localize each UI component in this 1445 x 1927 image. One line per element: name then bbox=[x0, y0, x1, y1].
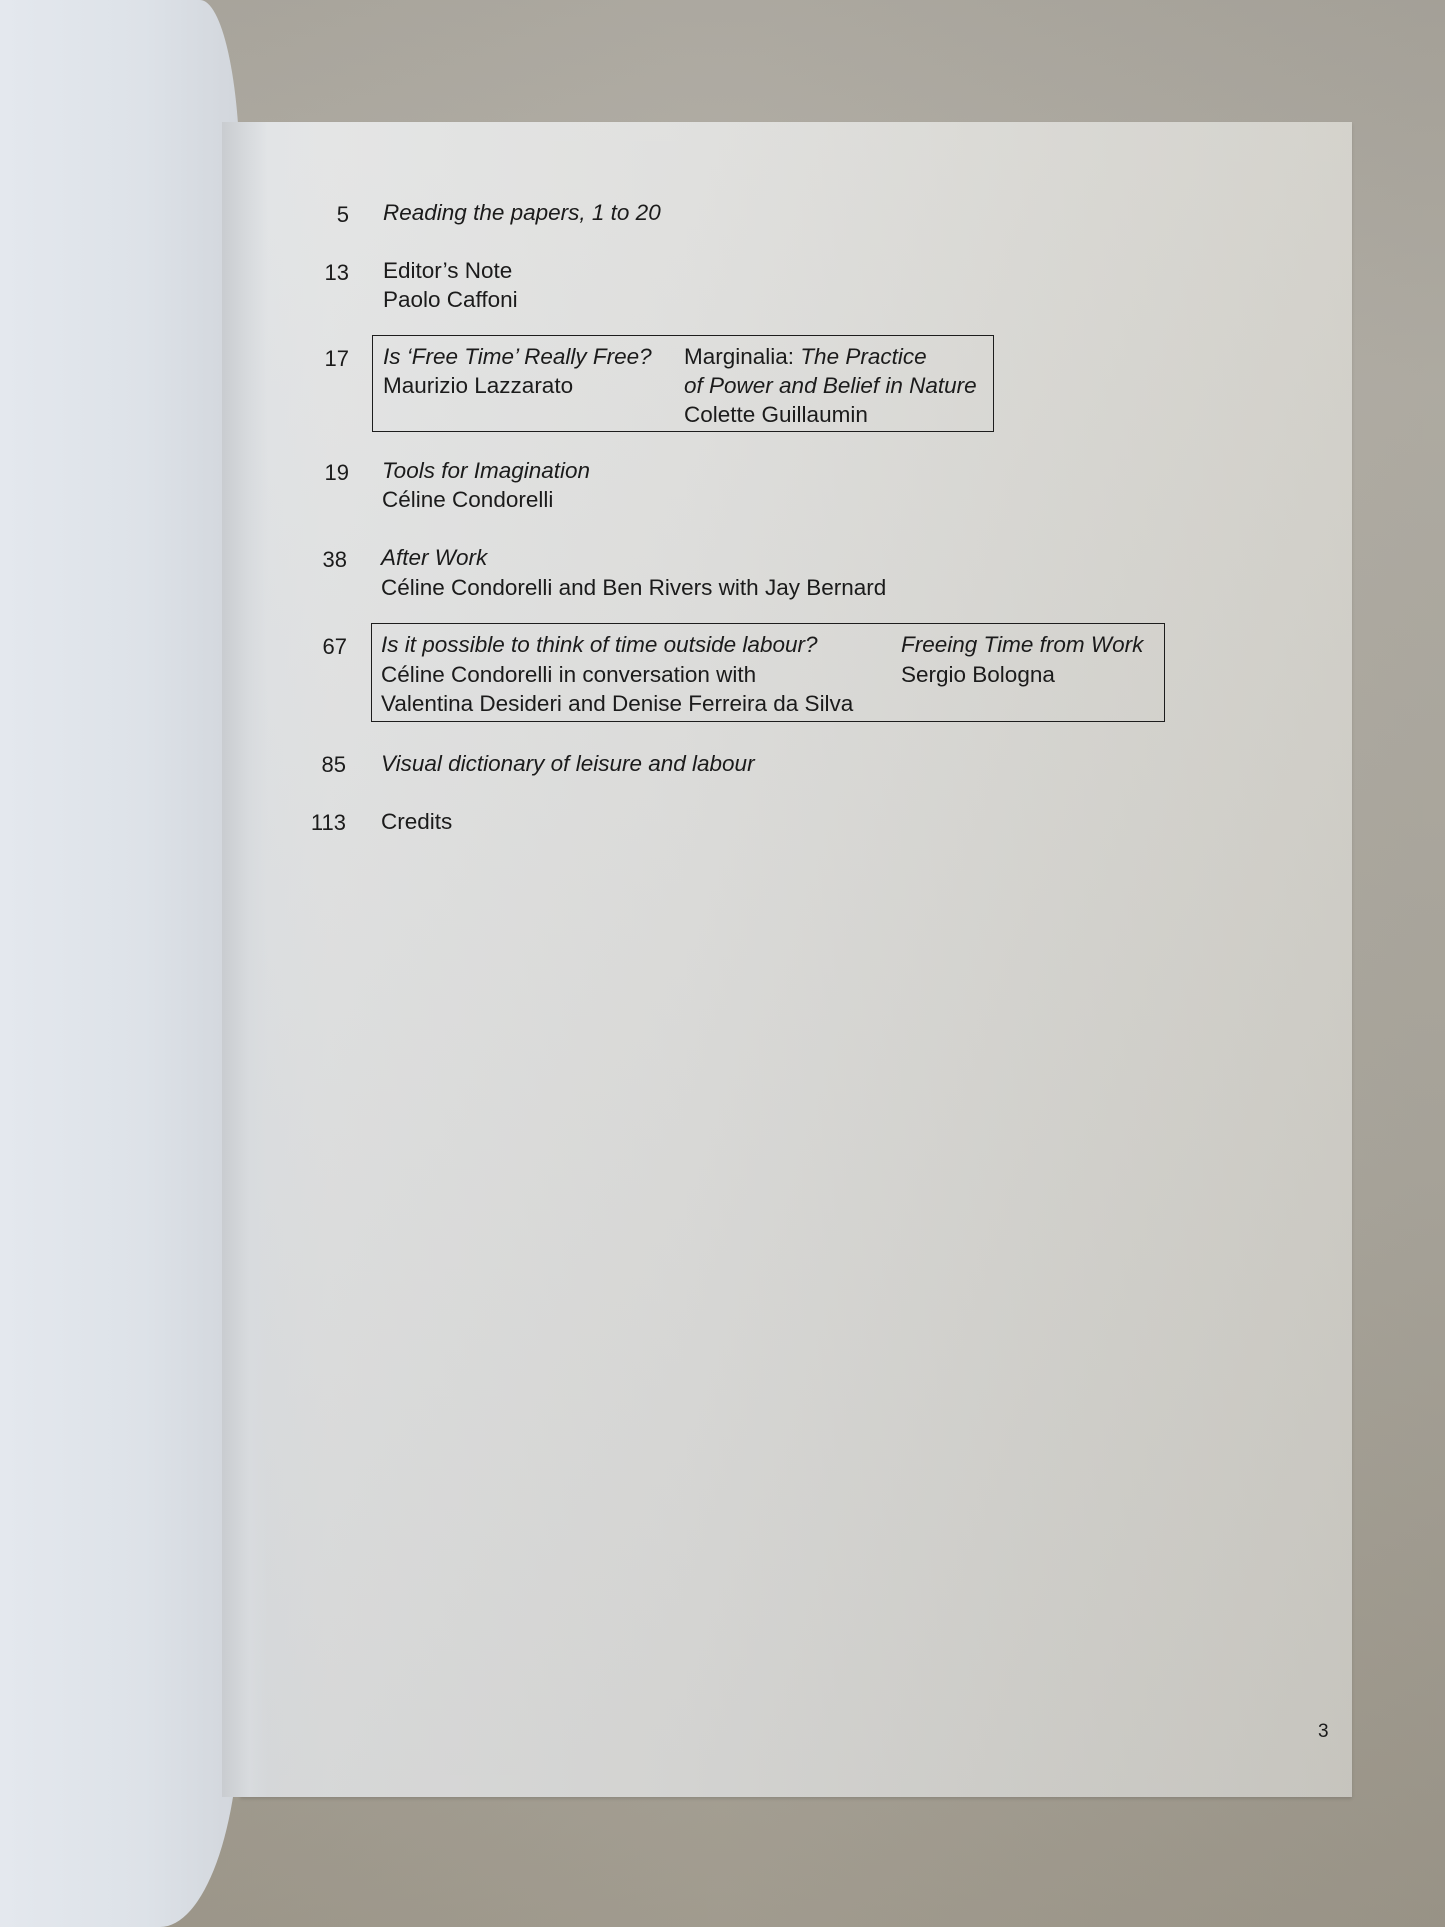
toc-page-number: 38 bbox=[287, 547, 347, 573]
toc-title: Is ‘Free Time’ Really Free? bbox=[383, 342, 652, 371]
toc-page-number: 19 bbox=[289, 460, 349, 486]
toc-title: After Work bbox=[381, 543, 487, 572]
toc-author: Céline Condorelli and Ben Rivers with Ja… bbox=[381, 573, 886, 602]
toc-author: Maurizio Lazzarato bbox=[383, 371, 573, 400]
toc-author: Céline Condorelli in conversation with bbox=[381, 660, 756, 689]
toc-title: Credits bbox=[381, 807, 452, 836]
toc-title: Is it possible to think of time outside … bbox=[381, 630, 818, 659]
left-page-curl bbox=[0, 0, 240, 1927]
toc-page-number: 17 bbox=[289, 346, 349, 372]
toc-title: Editor’s Note bbox=[383, 256, 512, 285]
toc-author: Sergio Bologna bbox=[901, 660, 1055, 689]
toc-title: Tools for Imagination bbox=[382, 456, 590, 485]
toc-author: Céline Condorelli bbox=[382, 485, 553, 514]
toc-page-number: 5 bbox=[289, 202, 349, 228]
toc-title-continued: of Power and Belief in Nature bbox=[684, 371, 977, 400]
toc-title: Visual dictionary of leisure and labour bbox=[381, 749, 755, 778]
toc-page-number: 113 bbox=[286, 810, 346, 836]
page-folio: 3 bbox=[1318, 1721, 1329, 1743]
gutter-shadow bbox=[222, 122, 268, 1797]
toc-author: Valentina Desideri and Denise Ferreira d… bbox=[381, 689, 853, 718]
toc-author: Paolo Caffoni bbox=[383, 285, 518, 314]
toc-page-number: 67 bbox=[287, 634, 347, 660]
toc-title-prefix: Marginalia: bbox=[684, 344, 800, 369]
toc-title: Freeing Time from Work bbox=[901, 630, 1143, 659]
toc-page-number: 13 bbox=[289, 260, 349, 286]
toc-title: Marginalia: The Practice bbox=[684, 342, 927, 371]
toc-page-number: 85 bbox=[286, 752, 346, 778]
toc-title-italic: The Practice bbox=[800, 344, 926, 369]
toc-author: Colette Guillaumin bbox=[684, 400, 868, 429]
toc-title: Reading the papers, 1 to 20 bbox=[383, 198, 661, 227]
